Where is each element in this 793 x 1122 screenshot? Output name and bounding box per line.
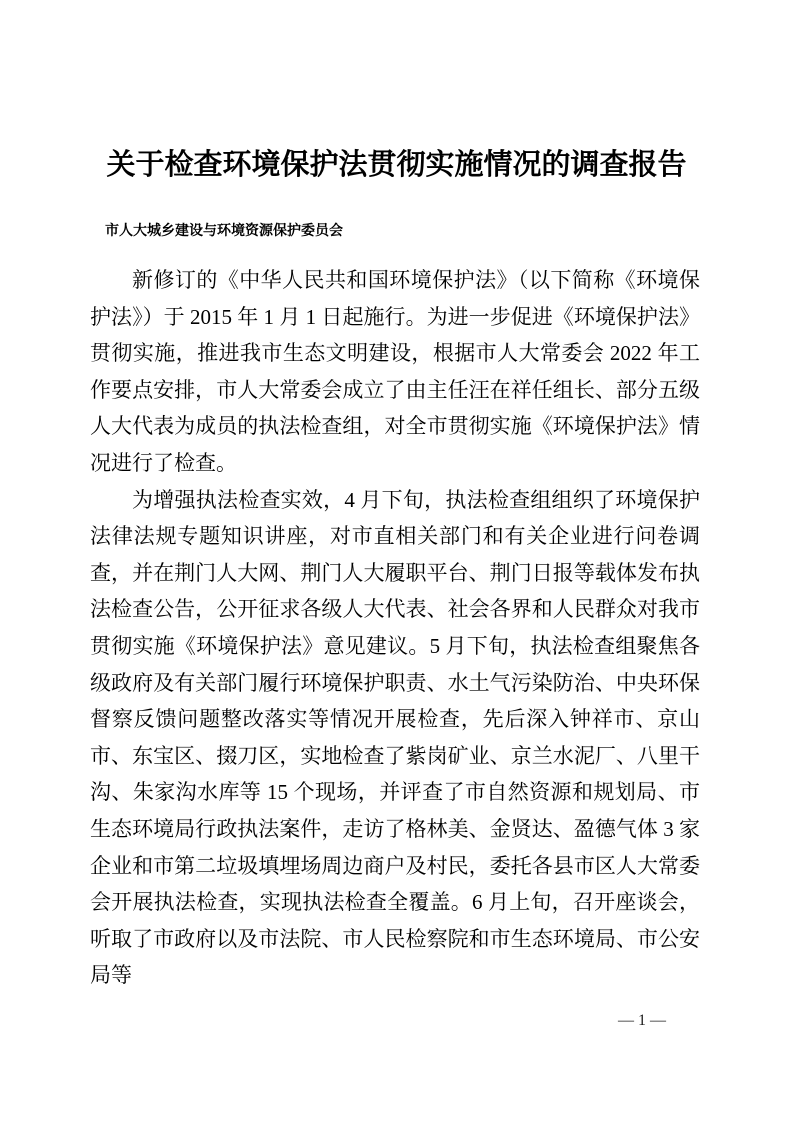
body-paragraph: 新修订的《中华人民共和国环境保护法》（以下简称《环境保护法》）于 2015 年 … xyxy=(90,262,700,482)
page-number: — 1 — xyxy=(552,1010,732,1032)
document-page: 关于检查环境保护法贯彻实施情况的调查报告 市人大城乡建设与环境资源保护委员会 新… xyxy=(0,0,793,1122)
body-paragraph: 为增强执法检查实效，4 月下旬，执法检查组组织了环境保护法律法规专题知识讲座，对… xyxy=(90,482,700,994)
author-line: 市人大城乡建设与环境资源保护委员会 xyxy=(105,222,793,238)
document-body: 新修订的《中华人民共和国环境保护法》（以下简称《环境保护法》）于 2015 年 … xyxy=(90,262,700,994)
document-title: 关于检查环境保护法贯彻实施情况的调查报告 xyxy=(0,0,793,185)
